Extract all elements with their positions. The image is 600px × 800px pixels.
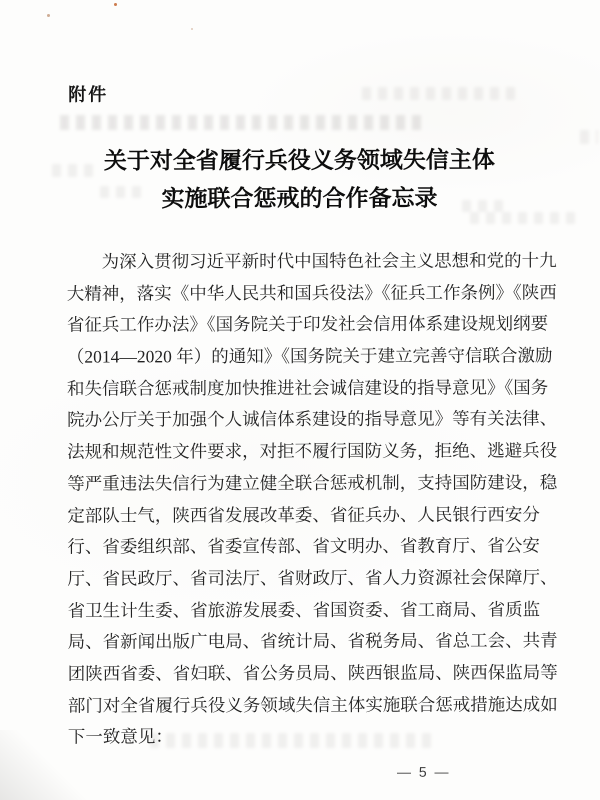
- document-title: 关于对全省履行兵役义务领域失信主体 实施联合惩戒的合作备忘录: [0, 140, 600, 218]
- body-line: 省征兵工作办法》《国务院关于印发社会信用体系建设规划纲要: [67, 309, 537, 342]
- body-line: 定部队士气，陕西省发展改革委、省征兵办、人民银行西安分: [67, 499, 537, 532]
- attachment-label: 附件: [68, 81, 108, 107]
- page-number: — 5 —: [397, 764, 451, 780]
- body-line: 下一致意见：: [68, 721, 538, 754]
- body-line: 团陕西省委、省妇联、省公务员局、陕西银监局、陕西保监局等: [68, 657, 538, 690]
- body-line: 厅、省民政厅、省司法厅、省财政厅、省人力资源社会保障厅、: [67, 562, 537, 595]
- body-line: 大精神，落实《中华人民共和国兵役法》《征兵工作条例》《陕西: [67, 277, 537, 310]
- scanned-document-page: { "page": { "attachment_label": "附件", "t…: [0, 0, 600, 800]
- body-line: 和失信联合惩戒制度加快推进社会诚信建设的指导意见》《国务: [67, 372, 537, 405]
- body-line: 部门对全省履行兵役义务领域失信主体实施联合惩戒措施达成如: [68, 689, 538, 722]
- document-title-line-1: 关于对全省履行兵役义务领域失信主体: [0, 140, 599, 180]
- body-line: 局、省新闻出版广电局、省统计局、省税务局、省总工会、共青: [68, 626, 538, 659]
- body-line: 院办公厅关于加强个人诚信体系建设的指导意见》等有关法律、: [67, 404, 537, 437]
- document-title-line-2: 实施联合惩戒的合作备忘录: [0, 178, 600, 218]
- body-line: （2014—2020 年）的通知》《国务院关于建立完善守信联合激励: [67, 340, 537, 373]
- document-content: 附件 关于对全省履行兵役义务领域失信主体 实施联合惩戒的合作备忘录 为深入贯彻习…: [0, 0, 600, 800]
- body-paragraph: 为深入贯彻习近平新时代中国特色社会主义思想和党的十九 大精神，落实《中华人民共和…: [67, 245, 538, 753]
- body-line: 等严重违法失信行为建立健全联合惩戒机制，支持国防建设，稳: [67, 467, 537, 500]
- body-line: 行、省委组织部、省委宣传部、省文明办、省教育厅、省公安: [67, 531, 537, 564]
- body-line: 为深入贯彻习近平新时代中国特色社会主义思想和党的十九: [67, 245, 537, 278]
- body-line: 法规和规范性文件要求，对拒不履行国防义务，拒绝、逃避兵役: [67, 436, 537, 469]
- body-line: 省卫生计生委、省旅游发展委、省国资委、省工商局、省质监: [68, 594, 538, 627]
